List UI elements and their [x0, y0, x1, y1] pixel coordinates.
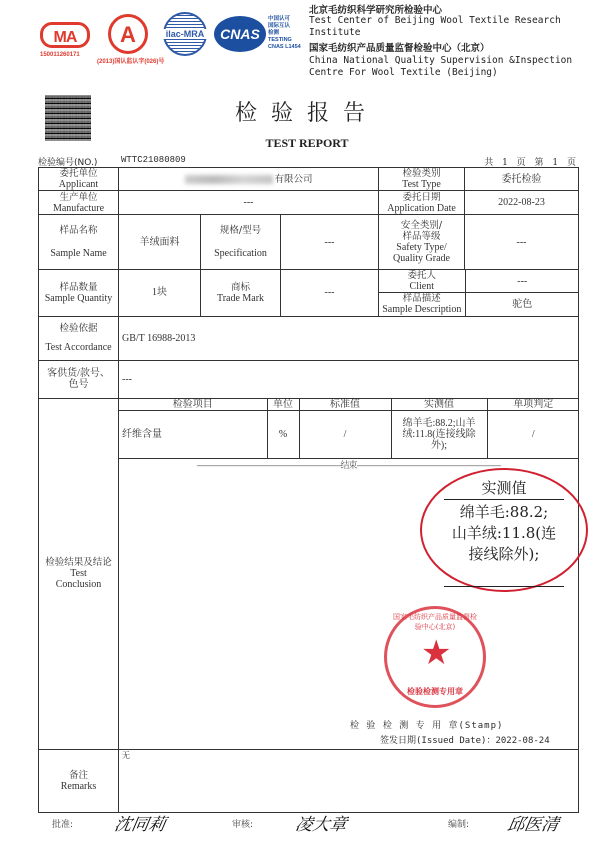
highlight-divider: [444, 586, 564, 587]
desc-value: 驼色: [465, 293, 579, 316]
highlight-callout: 实测值 绵羊毛:88.2; 山羊绒:11.8(连 接线除外);: [422, 478, 586, 565]
row-accordance: 检验依据Test Accordance GB/T 16988-2013: [39, 316, 579, 360]
row-manufacture: 生产单位Manufacture --- 委托日期Application Date…: [39, 191, 579, 215]
client-value: ---: [465, 270, 579, 293]
accordance-label: 检验依据Test Accordance: [39, 316, 119, 360]
desc-label: 样品描述Sample Description: [379, 293, 465, 316]
row-applicant: 委托单位Applicant 有限公司 检验类别Test Type 委托检验: [39, 168, 579, 191]
org-name-en-2a: China National Quality Supervision &Insp…: [309, 55, 572, 66]
applicant-label: 委托单位Applicant: [39, 168, 119, 191]
sample-name-value: 羊绒面料: [119, 215, 201, 270]
cma-code: 150011260171: [40, 52, 100, 58]
stamp-bottom-text: 检验检测专用章: [392, 686, 478, 697]
style-label: 客供货/款号、色号: [39, 360, 119, 398]
row-quantity: 样品数量Sample Quantity 1块 商标Trade Mark --- …: [39, 270, 579, 317]
report-no: WTTC21080809: [121, 155, 186, 165]
test-type-label: 检验类别Test Type: [379, 168, 465, 191]
manufacture-value: ---: [119, 191, 379, 215]
report-title-cn: 检验报告: [0, 96, 614, 127]
item-standard: /: [299, 411, 391, 459]
client-label: 委托人Client: [379, 270, 465, 293]
stamp-org-text: 国家毛纺织产品质量监督检验中心(北京): [392, 612, 478, 632]
sample-name-label: 样品名称Sample Name: [39, 215, 119, 270]
row-style-no: 客供货/款号、色号 ---: [39, 360, 579, 398]
org-name-cn-1: 北京毛纺织科学研究所检验中心: [309, 2, 442, 16]
star-icon: ★: [421, 636, 451, 670]
test-type-value: 委托检验: [465, 168, 579, 191]
row-remarks: 备注Remarks 无: [39, 749, 579, 812]
spec-label: 规格/型号Specification: [201, 215, 281, 270]
col-unit: 单位: [267, 399, 299, 411]
remarks-value: 无: [119, 749, 579, 812]
results-table: 检验项目 单位 标准值 实测值 单项判定 纤维含量 % / 绵羊毛:88.2;山…: [119, 399, 579, 460]
redacted-name: [185, 175, 273, 184]
quantity-value: 1块: [119, 270, 201, 317]
quantity-label: 样品数量Sample Quantity: [39, 270, 119, 317]
safety-value: ---: [465, 215, 579, 270]
trademark-value: ---: [281, 270, 379, 317]
org-name-en-2b: Centre For Wool Textile (Beijing): [309, 67, 498, 78]
approve-label: 批准:: [52, 817, 73, 830]
safety-label: 安全类别/样品等级 Safety Type/Quality Grade: [379, 215, 465, 270]
item-judgement: /: [487, 411, 579, 459]
item-unit: %: [267, 411, 299, 459]
accordance-value: GB/T 16988-2013: [119, 316, 579, 360]
org-name-cn-2: 国家毛纺织产品质量监督检验中心（北京）: [309, 40, 490, 54]
issued-date: 签发日期(Issued Date)：2022-08-24: [380, 733, 550, 746]
col-judgement: 单项判定: [487, 399, 579, 411]
applicant-value: 有限公司: [119, 168, 379, 191]
org-name-en-1b: Institute: [309, 27, 360, 38]
row-sample-name: 样品名称Sample Name 羊绒面料 规格/型号Specification …: [39, 215, 579, 270]
item-name: 纤维含量: [119, 411, 267, 459]
col-measured: 实测值: [391, 399, 487, 411]
style-value: ---: [119, 360, 579, 398]
item-measured: 绵羊毛:88.2;山羊绒:11.8(连接线除外);: [391, 411, 487, 459]
app-date-label: 委托日期Application Date: [379, 191, 465, 215]
compile-label: 编制:: [448, 817, 469, 830]
results-row: 纤维含量 % / 绵羊毛:88.2;山羊绒:11.8(连接线除外); /: [119, 411, 579, 459]
report-title-en: TEST REPORT: [0, 136, 614, 151]
trademark-label: 商标Trade Mark: [201, 270, 281, 317]
app-date-value: 2022-08-23: [465, 191, 579, 215]
manufacture-label: 生产单位Manufacture: [39, 191, 119, 215]
approve-signature: 沈同莉: [113, 810, 168, 835]
cal-code: (2013)国认监认字(026)号: [97, 56, 164, 65]
review-signature: 凌大章: [294, 810, 349, 835]
results-label: 检验结果及结论 Test Conclusion: [39, 398, 119, 749]
ilac-mra-logo: ilac-MRA: [163, 12, 207, 56]
review-label: 审核:: [232, 817, 253, 830]
remarks-label: 备注Remarks: [39, 749, 119, 812]
cnas-logo: CNAS: [214, 16, 266, 52]
cma-logo: MA: [40, 22, 90, 48]
col-item: 检验项目: [119, 399, 267, 411]
cnas-side-text: 中国认可 国际互认 检测 TESTING CNAS L1454: [268, 16, 308, 51]
stamp-caption: 检 验 检 测 专 用 章(Stamp): [350, 718, 503, 731]
col-standard: 标准值: [299, 399, 391, 411]
compile-signature: 邱医清: [506, 810, 561, 835]
cal-logo: A: [108, 14, 148, 54]
results-header-row: 检验项目 单位 标准值 实测值 单项判定: [119, 399, 579, 411]
org-name-en-1a: Test Center of Beijing Wool Textile Rese…: [309, 15, 561, 26]
spec-value: ---: [281, 215, 379, 270]
